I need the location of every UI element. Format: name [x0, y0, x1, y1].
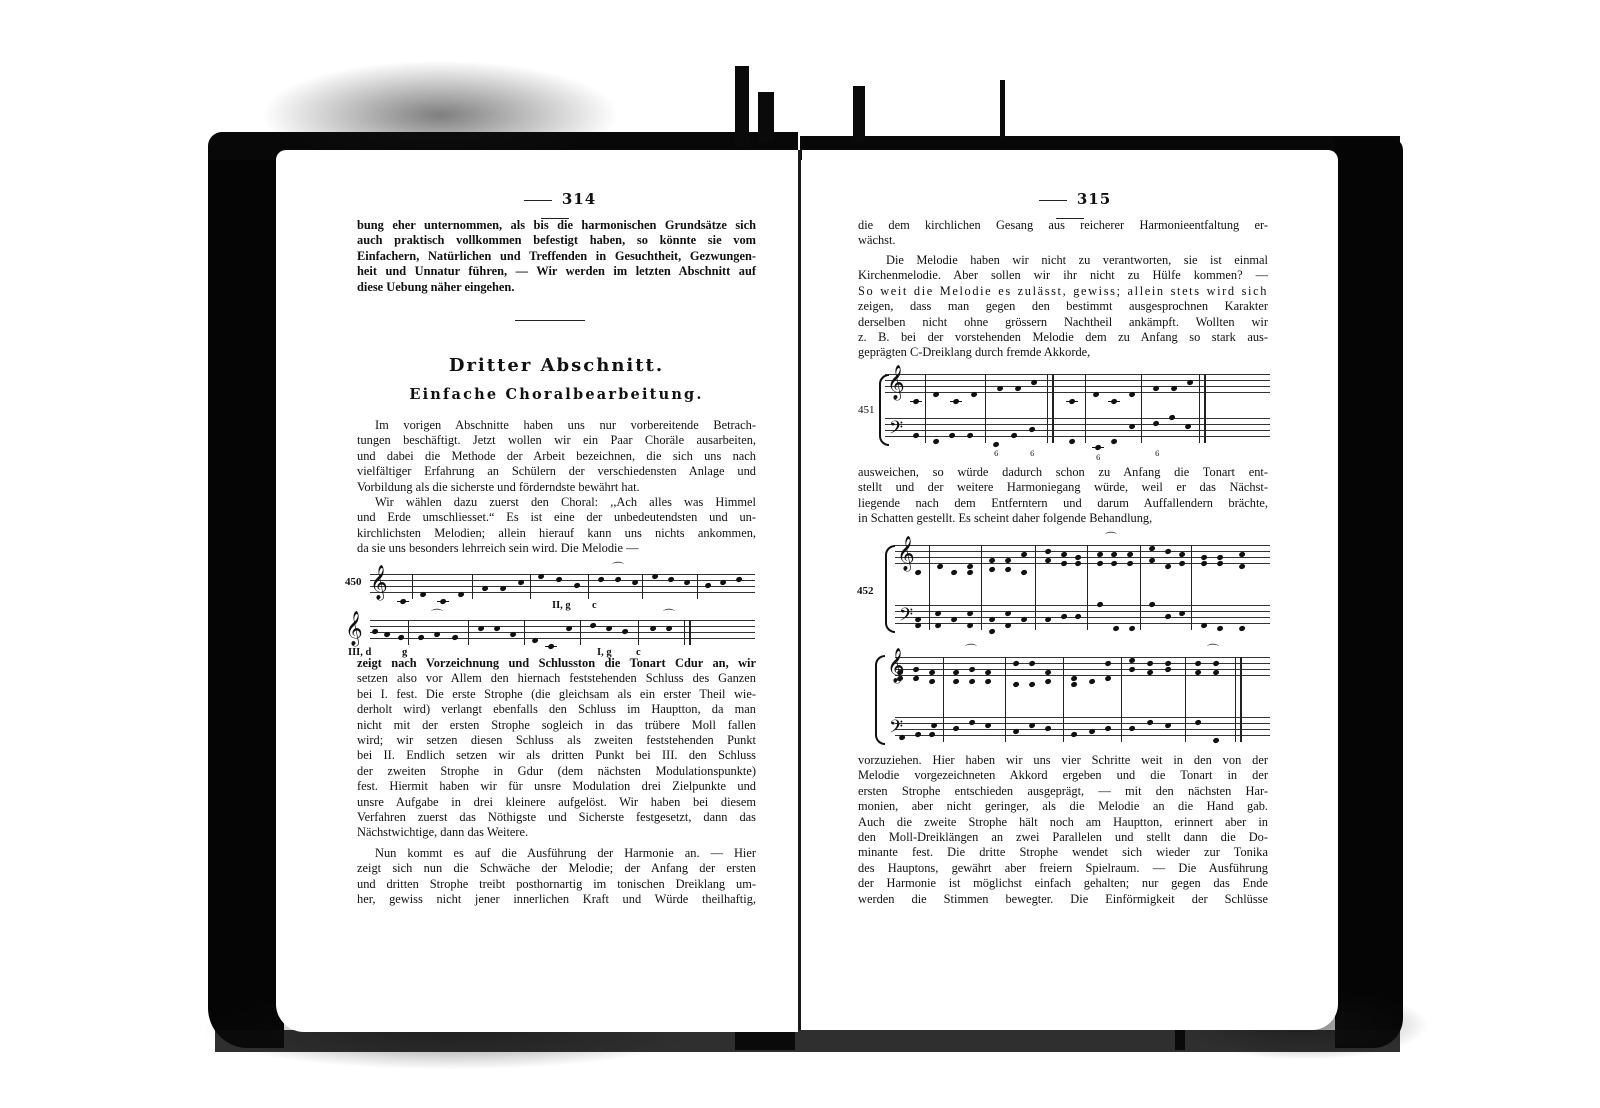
bass-clef-icon: 𝄢 — [899, 603, 913, 633]
left-paragraph-1: Im vorigen Abschnitte haben uns nur vorb… — [357, 418, 756, 495]
right-paragraph-4: vorzuziehen. Hier haben wir uns vier Sch… — [858, 753, 1268, 907]
treble-staff — [370, 620, 755, 644]
scan-artifact — [758, 92, 774, 142]
music-example-451: 451 𝄞 𝄢 — [885, 370, 1270, 460]
right-paragraph-2: Die Melodie haben wir nicht zu verantwor… — [858, 253, 1268, 361]
treble-staff — [885, 374, 1270, 398]
bass-staff — [885, 418, 1270, 442]
treble-clef-icon: 𝄞 — [887, 368, 905, 398]
treble-clef-icon: 𝄞 — [370, 568, 388, 598]
system-brace — [875, 655, 885, 745]
scan-artifact — [853, 86, 865, 142]
scan-border-left — [208, 133, 284, 1048]
treble-clef-icon: 𝄞 — [345, 614, 363, 644]
treble-clef-icon: 𝄞 — [897, 539, 915, 569]
bass-clef-icon: 𝄢 — [889, 715, 903, 745]
bass-clef-icon: 𝄢 — [889, 416, 903, 446]
treble-staff — [895, 545, 1270, 569]
section-divider — [515, 320, 585, 321]
scan-border-right — [1335, 138, 1403, 1048]
left-paragraph-2: Wir wählen dazu zuerst den Choral: ,,Ach… — [357, 495, 756, 557]
section-title: Dritter Abschnitt. — [357, 355, 756, 376]
left-continuation-text: bung eher unternommen, als bis die harmo… — [357, 218, 756, 295]
scan-artifact — [735, 66, 749, 146]
left-paragraph-3: zeigt nach Vorzeichnung und Schlusston d… — [357, 656, 756, 841]
book-gutter — [798, 150, 801, 1030]
section-subtitle: Einfache Choralbearbeitung. — [357, 386, 756, 403]
music-example-452: 452 𝄞 𝄢 ⌒ — [895, 545, 1270, 755]
music-example-450: 450 𝄞 ⌒ II, g c 𝄞 — [370, 570, 755, 660]
right-paragraph-3: ausweichen, so würde dadurch schon zu An… — [858, 465, 1268, 527]
system-brace — [885, 545, 895, 633]
left-paragraph-4: Nun kommt es auf die Ausführung der Harm… — [357, 846, 756, 908]
scan-artifact — [1000, 80, 1005, 140]
example-number: 450 — [345, 576, 362, 588]
scan-frame: 314 bung eher unternommen, als bis die h… — [0, 0, 1600, 1108]
right-paragraph-1: die dem kirchlichen Gesang aus reicherer… — [858, 218, 1268, 249]
